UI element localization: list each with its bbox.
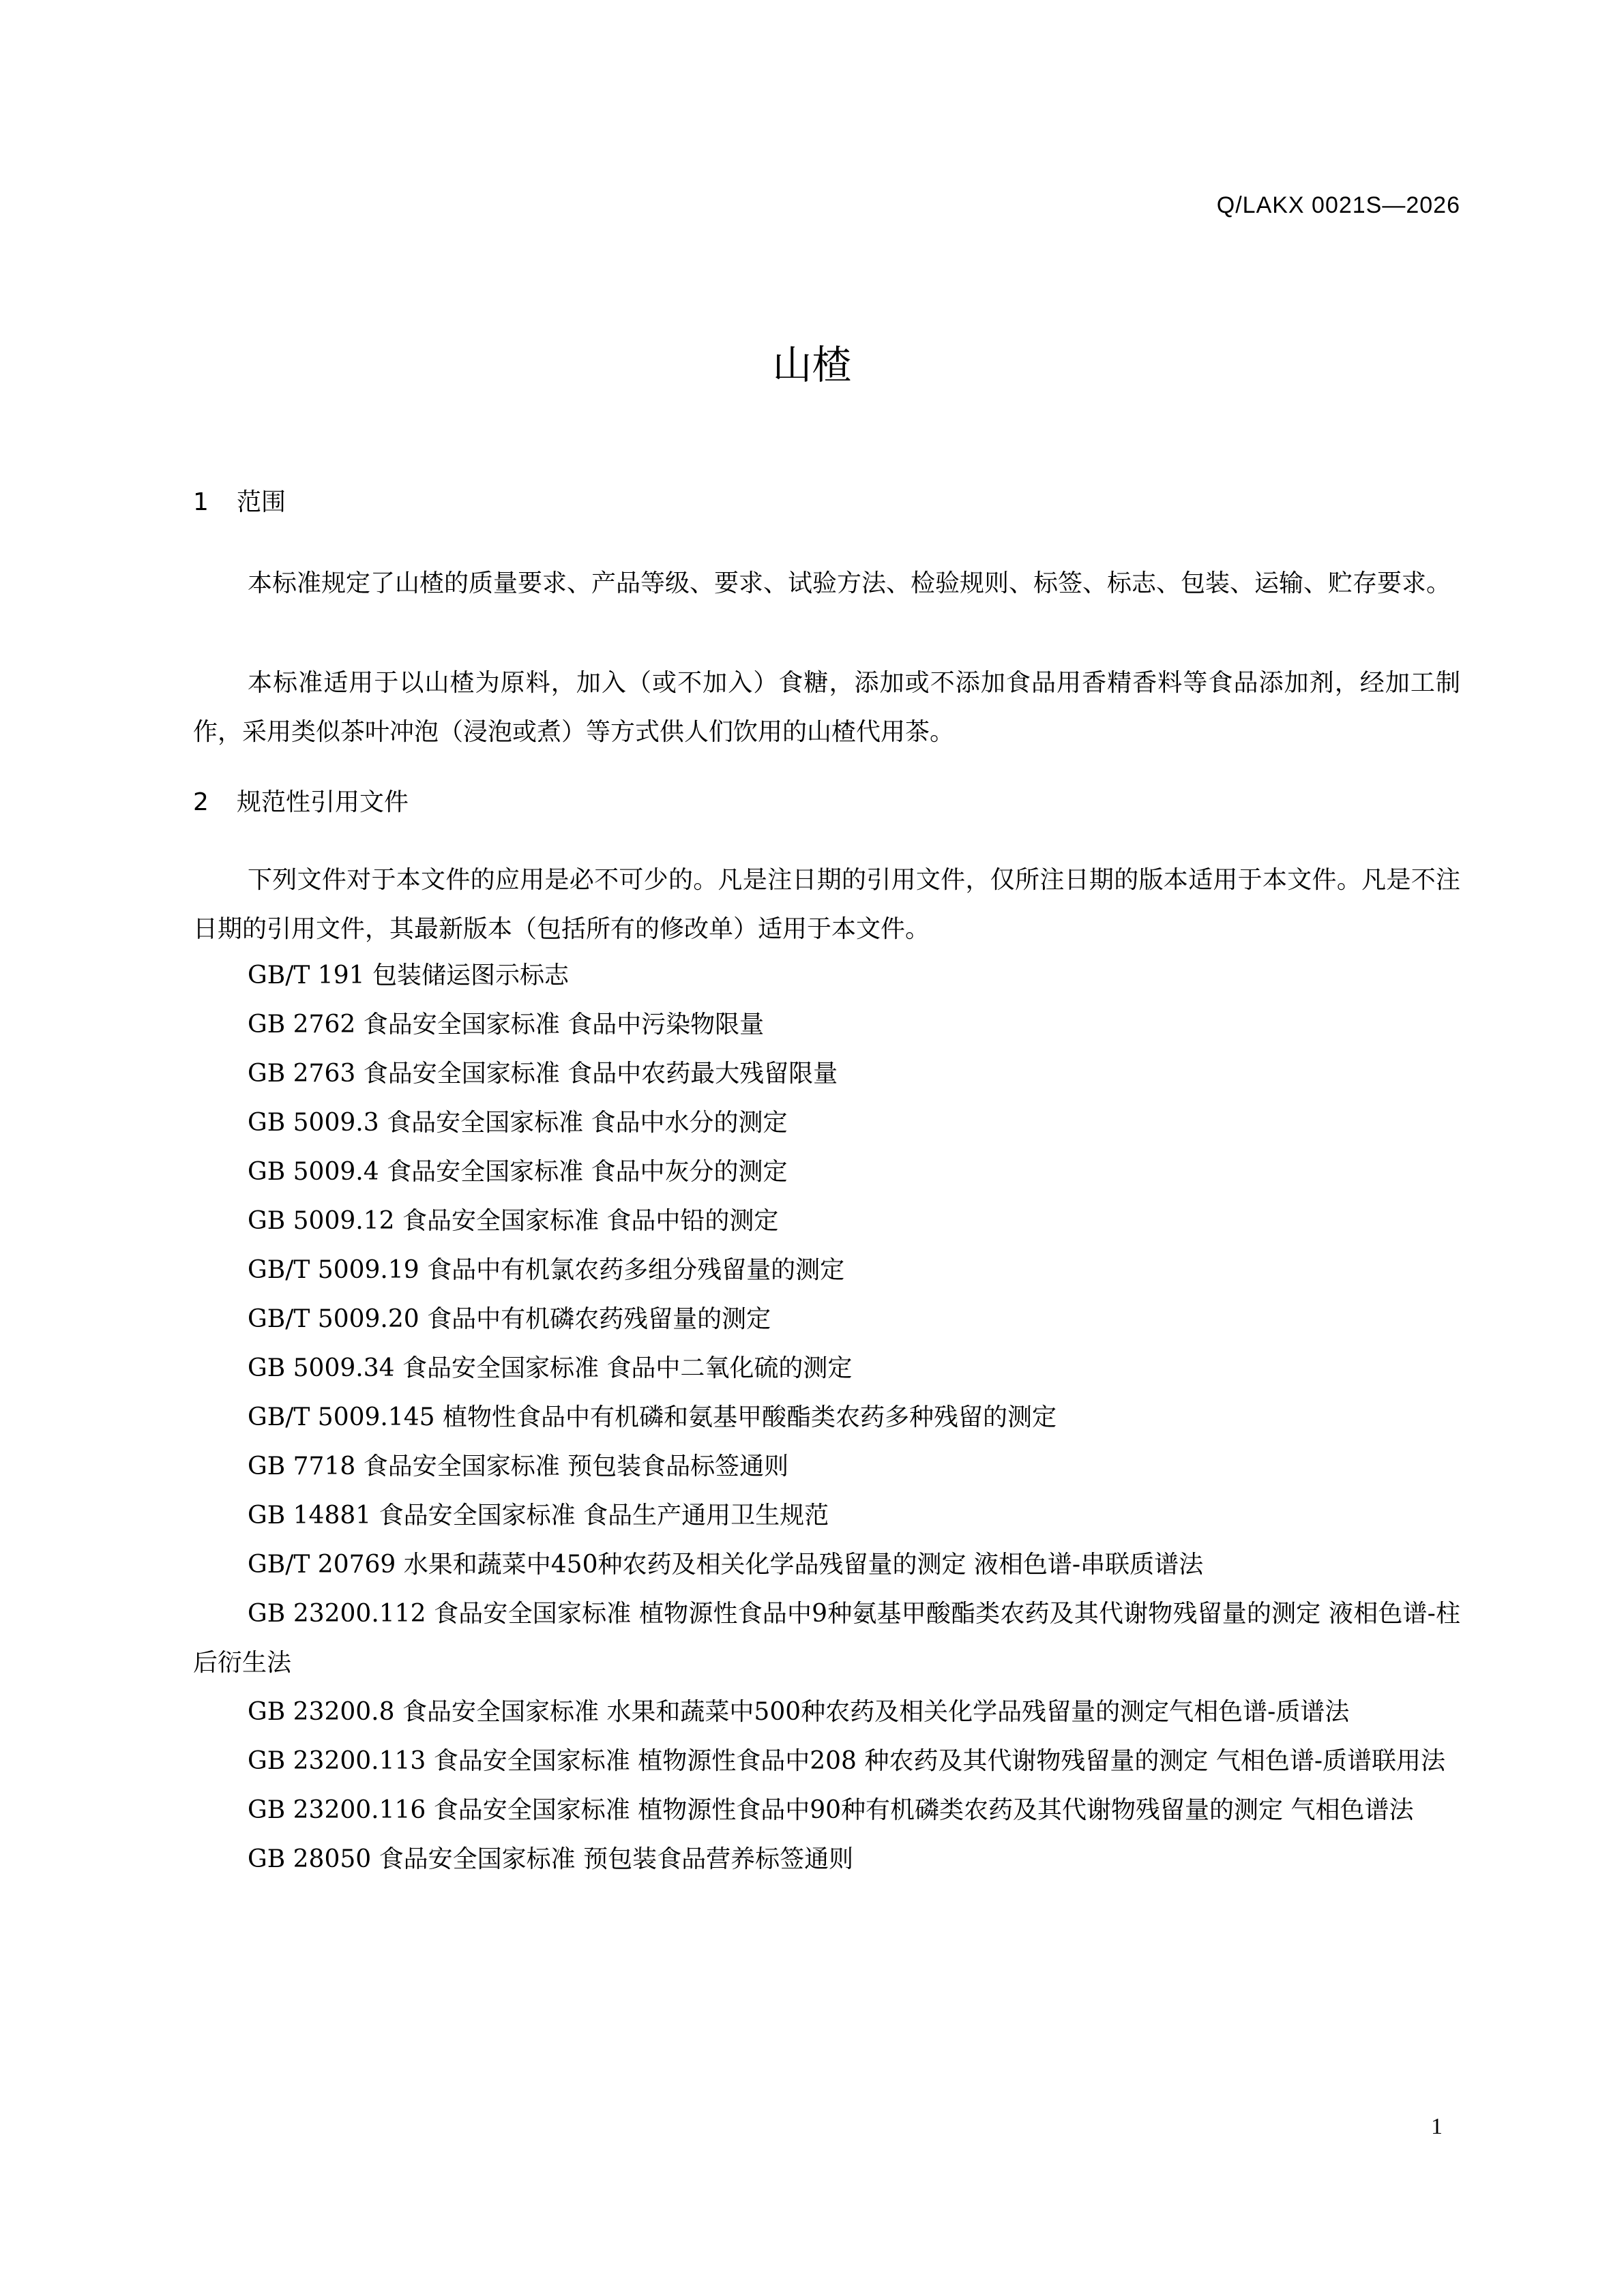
reference-item: GB 7718 食品安全国家标准 预包装食品标签通则 xyxy=(193,1442,1460,1491)
section-title: 范围 xyxy=(237,488,286,516)
reference-item: GB 23200.112 食品安全国家标准 植物源性食品中9种氨基甲酸酯类农药及… xyxy=(193,1590,1460,1688)
section-number: 2 xyxy=(193,788,237,816)
reference-item: GB/T 20769 水果和蔬菜中450种农药及相关化学品残留量的测定 液相色谱… xyxy=(193,1540,1460,1590)
reference-item: GB 23200.8 食品安全国家标准 水果和蔬菜中500种农药及相关化学品残留… xyxy=(193,1688,1460,1737)
reference-item: GB 23200.116 食品安全国家标准 植物源性食品中90种有机磷类农药及其… xyxy=(193,1786,1460,1835)
reference-item: GB 14881 食品安全国家标准 食品生产通用卫生规范 xyxy=(193,1491,1460,1540)
section-title: 规范性引用文件 xyxy=(237,788,409,816)
reference-item: GB/T 5009.145 植物性食品中有机磷和氨基甲酸酯类农药多种残留的测定 xyxy=(193,1393,1460,1442)
section-heading-scope: 1范围 xyxy=(193,483,286,518)
reference-item: GB 5009.3 食品安全国家标准 食品中水分的测定 xyxy=(193,1099,1460,1148)
reference-item: GB/T 5009.19 食品中有机氯农药多组分残留量的测定 xyxy=(193,1246,1460,1295)
scope-paragraph-1: 本标准规定了山楂的质量要求、产品等级、要求、试验方法、检验规则、标签、标志、包装… xyxy=(193,559,1460,608)
reference-item: GB/T 191 包装储运图示标志 xyxy=(193,951,1460,1000)
reference-item: GB 2762 食品安全国家标准 食品中污染物限量 xyxy=(193,1000,1460,1049)
reference-item: GB 5009.12 食品安全国家标准 食品中铅的测定 xyxy=(193,1197,1460,1246)
reference-item: GB 23200.113 食品安全国家标准 植物源性食品中208 种农药及其代谢… xyxy=(193,1737,1460,1786)
reference-item: GB 5009.34 食品安全国家标准 食品中二氧化硫的测定 xyxy=(193,1344,1460,1393)
reference-item: GB/T 5009.20 食品中有机磷农药残留量的测定 xyxy=(193,1295,1460,1344)
reference-item: GB 2763 食品安全国家标准 食品中农药最大残留限量 xyxy=(193,1049,1460,1099)
standard-code: Q/LAKX 0021S—2026 xyxy=(1217,192,1460,219)
document-title: 山楂 xyxy=(0,333,1624,390)
references-intro-paragraph: 下列文件对于本文件的应用是必不可少的。凡是注日期的引用文件，仅所注日期的版本适用… xyxy=(193,856,1460,954)
reference-list: GB/T 191 包装储运图示标志 GB 2762 食品安全国家标准 食品中污染… xyxy=(193,951,1460,1884)
reference-item: GB 5009.4 食品安全国家标准 食品中灰分的测定 xyxy=(193,1148,1460,1197)
reference-item: GB 28050 食品安全国家标准 预包装食品营养标签通则 xyxy=(193,1835,1460,1884)
page-number: 1 xyxy=(1431,2114,1443,2140)
scope-paragraph-2: 本标准适用于以山楂为原料，加入（或不加入）食糖，添加或不添加食品用香精香料等食品… xyxy=(193,659,1460,757)
section-number: 1 xyxy=(193,488,237,516)
section-heading-normative-references: 2规范性引用文件 xyxy=(193,783,409,818)
